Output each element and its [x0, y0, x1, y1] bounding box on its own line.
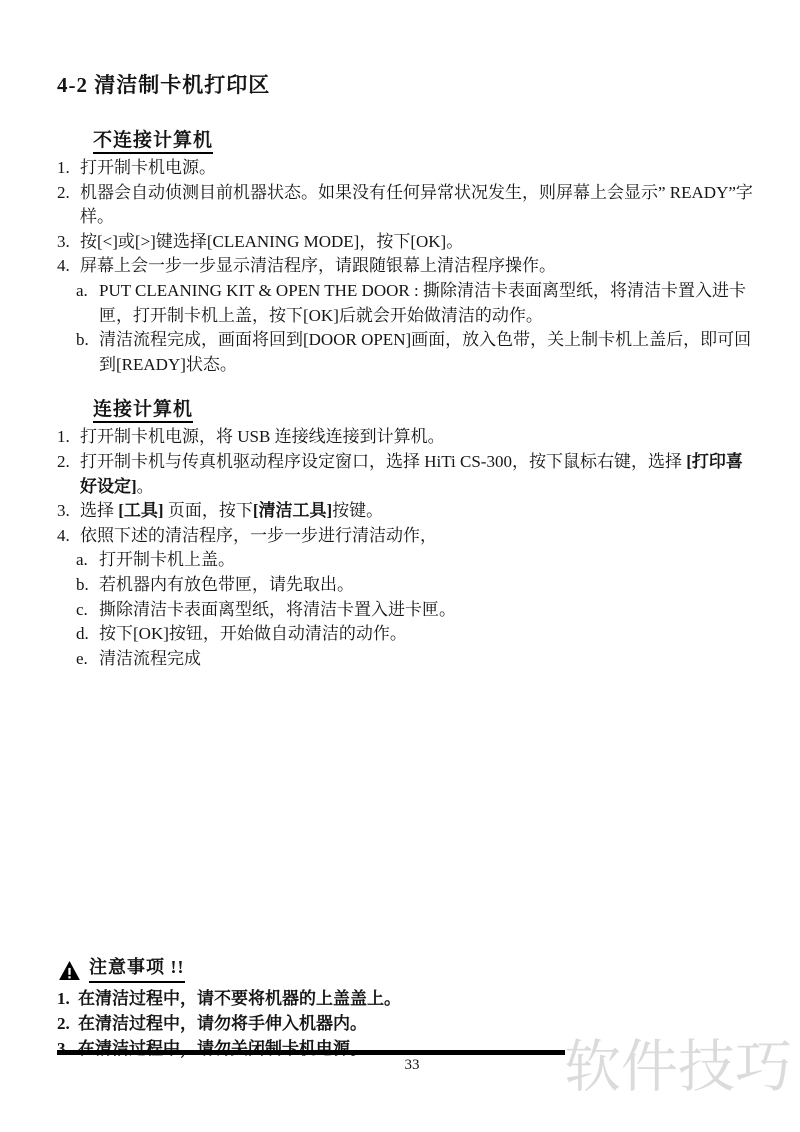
- item-marker: 2.: [57, 450, 70, 475]
- list-item: 1.在清洁过程中，请不要将机器的上盖盖上。: [57, 987, 756, 1012]
- text-segment: 在清洁过程中，请不要将机器的上盖盖上。: [78, 989, 401, 1008]
- item-text: 屏幕上会一步一步显示清洁程序，请跟随银幕上清洁程序操作。: [80, 256, 556, 275]
- item-text: 依照下述的清洁程序，一步一步进行清洁动作，: [80, 526, 437, 545]
- item-text: 按下[OK]按钮，开始做自动清洁的动作。: [99, 624, 407, 643]
- text-segment: 打开制卡机与传真机驱动程序设定窗口，选择 HiTi CS-300，按下鼠标右键，…: [80, 452, 686, 471]
- item-text: 在清洁过程中，请勿将手伸入机器内。: [78, 1014, 367, 1033]
- item-marker: 4.: [57, 254, 70, 279]
- item-text: 打开制卡机上盖。: [99, 550, 235, 569]
- section-online-heading: 连接计算机: [93, 397, 756, 423]
- document-page: 4-2 清洁制卡机打印区 不连接计算机 1.打开制卡机电源。2.机器会自动侦测目…: [0, 0, 800, 1062]
- item-marker: 3.: [57, 499, 70, 524]
- warning-triangle-icon: [59, 961, 80, 980]
- item-text: 在清洁过程中，请勿关闭制卡机电源。: [78, 1039, 367, 1058]
- section-online: 连接计算机 1.打开制卡机电源，将 USB 连接线连接到计算机。2.打开制卡机与…: [57, 397, 756, 671]
- text-segment: 撕除清洁卡表面离型纸，将清洁卡置入进卡匣。: [99, 600, 456, 619]
- item-text: 按[<]或[>]键选择[CLEANING MODE]，按下[OK]。: [80, 232, 463, 251]
- page-title: 4-2 清洁制卡机打印区: [57, 72, 756, 98]
- list-item: 2.在清洁过程中，请勿将手伸入机器内。: [57, 1012, 756, 1037]
- list-item: e.清洁流程完成: [76, 647, 756, 672]
- section-offline-heading: 不连接计算机: [93, 128, 756, 154]
- list-item: b.清洁流程完成，画面将回到[DOOR OPEN]画面，放入色带，关上制卡机上盖…: [76, 328, 756, 377]
- item-marker: a.: [76, 548, 88, 573]
- notes-title: 注意事项 !!: [89, 954, 185, 983]
- item-marker: c.: [76, 598, 88, 623]
- text-segment: 按[<]或[>]键选择[CLEANING MODE]，按下[OK]。: [80, 232, 463, 251]
- item-marker: b.: [76, 328, 89, 353]
- text-segment: PUT CLEANING KIT & OPEN THE DOOR : 撕除清洁卡…: [99, 281, 746, 325]
- list-item: a.PUT CLEANING KIT & OPEN THE DOOR : 撕除清…: [76, 279, 756, 328]
- item-marker: 3.: [57, 230, 70, 255]
- item-marker: 2.: [57, 181, 70, 206]
- text-segment: [清洁工具]: [253, 501, 332, 520]
- list-item: c.撕除清洁卡表面离型纸，将清洁卡置入进卡匣。: [76, 598, 756, 623]
- footer-rule: [57, 1050, 565, 1055]
- list-item: 4.屏幕上会一步一步显示清洁程序，请跟随银幕上清洁程序操作。: [57, 254, 756, 279]
- text-segment: 在清洁过程中，请勿将手伸入机器内。: [78, 1014, 367, 1033]
- text-segment: 页面，按下: [164, 501, 253, 520]
- text-segment: 机器会自动侦测目前机器状态。如果没有任何异常状况发生，则屏幕上会显示” READ…: [80, 183, 753, 227]
- text-segment: 屏幕上会一步一步显示清洁程序，请跟随银幕上清洁程序操作。: [80, 256, 556, 275]
- text-segment: 选择: [80, 501, 118, 520]
- text-segment: 按键。: [332, 501, 383, 520]
- item-text: 清洁流程完成: [99, 649, 201, 668]
- item-marker: 4.: [57, 524, 70, 549]
- text-segment: 若机器内有放色带匣，请先取出。: [99, 575, 354, 594]
- text-segment: 。: [137, 477, 154, 496]
- item-text: 若机器内有放色带匣，请先取出。: [99, 575, 354, 594]
- list-item: 1.打开制卡机电源。: [57, 156, 756, 181]
- item-text: 打开制卡机电源，将 USB 连接线连接到计算机。: [80, 427, 445, 446]
- text-segment: 按下[OK]按钮，开始做自动清洁的动作。: [99, 624, 407, 643]
- section-heading-text: 连接计算机: [93, 399, 193, 423]
- text-segment: 打开制卡机电源。: [80, 158, 216, 177]
- notes-title-row: 注意事项 !!: [59, 954, 756, 983]
- text-segment: 清洁流程完成，画面将回到[DOOR OPEN]画面，放入色带，关上制卡机上盖后，…: [99, 330, 751, 374]
- item-text: 选择 [工具] 页面，按下[清洁工具]按键。: [80, 501, 383, 520]
- text-segment: [工具]: [118, 501, 163, 520]
- item-text: 撕除清洁卡表面离型纸，将清洁卡置入进卡匣。: [99, 600, 456, 619]
- section-online-list: 1.打开制卡机电源，将 USB 连接线连接到计算机。2.打开制卡机与传真机驱动程…: [57, 425, 756, 671]
- item-text: 在清洁过程中，请不要将机器的上盖盖上。: [78, 989, 401, 1008]
- item-marker: d.: [76, 622, 89, 647]
- item-text: 打开制卡机电源。: [80, 158, 216, 177]
- item-text: 清洁流程完成，画面将回到[DOOR OPEN]画面，放入色带，关上制卡机上盖后，…: [99, 330, 751, 374]
- item-marker: a.: [76, 279, 88, 304]
- section-heading-text: 不连接计算机: [93, 130, 213, 154]
- list-item: d.按下[OK]按钮，开始做自动清洁的动作。: [76, 622, 756, 647]
- list-item: 4.依照下述的清洁程序，一步一步进行清洁动作，: [57, 524, 756, 549]
- list-item: a.打开制卡机上盖。: [76, 548, 756, 573]
- item-marker: e.: [76, 647, 88, 672]
- text-segment: 打开制卡机上盖。: [99, 550, 235, 569]
- section-offline-list: 1.打开制卡机电源。2.机器会自动侦测目前机器状态。如果没有任何异常状况发生，则…: [57, 156, 756, 377]
- list-item: 2.打开制卡机与传真机驱动程序设定窗口，选择 HiTi CS-300，按下鼠标右…: [57, 450, 756, 499]
- list-item: 3.按[<]或[>]键选择[CLEANING MODE]，按下[OK]。: [57, 230, 756, 255]
- item-text: 机器会自动侦测目前机器状态。如果没有任何异常状况发生，则屏幕上会显示” READ…: [80, 183, 753, 227]
- list-item: 3.选择 [工具] 页面，按下[清洁工具]按键。: [57, 499, 756, 524]
- list-item: 2.机器会自动侦测目前机器状态。如果没有任何异常状况发生，则屏幕上会显示” RE…: [57, 181, 756, 230]
- text-segment: 在清洁过程中，请勿关闭制卡机电源。: [78, 1039, 367, 1058]
- list-item: b.若机器内有放色带匣，请先取出。: [76, 573, 756, 598]
- item-text: 打开制卡机与传真机驱动程序设定窗口，选择 HiTi CS-300，按下鼠标右键，…: [80, 452, 743, 496]
- item-text: PUT CLEANING KIT & OPEN THE DOOR : 撕除清洁卡…: [99, 281, 746, 325]
- list-item: 1.打开制卡机电源，将 USB 连接线连接到计算机。: [57, 425, 756, 450]
- item-marker: 1.: [57, 425, 70, 450]
- text-segment: 依照下述的清洁程序，一步一步进行清洁动作，: [80, 526, 437, 545]
- item-marker: 2.: [57, 1012, 70, 1037]
- text-segment: 打开制卡机电源，将 USB 连接线连接到计算机。: [80, 427, 445, 446]
- item-marker: 1.: [57, 156, 70, 181]
- section-offline: 不连接计算机 1.打开制卡机电源。2.机器会自动侦测目前机器状态。如果没有任何异…: [57, 128, 756, 377]
- text-segment: 清洁流程完成: [99, 649, 201, 668]
- item-marker: 1.: [57, 987, 70, 1012]
- item-marker: b.: [76, 573, 89, 598]
- watermark: 软件技巧: [564, 1036, 800, 1106]
